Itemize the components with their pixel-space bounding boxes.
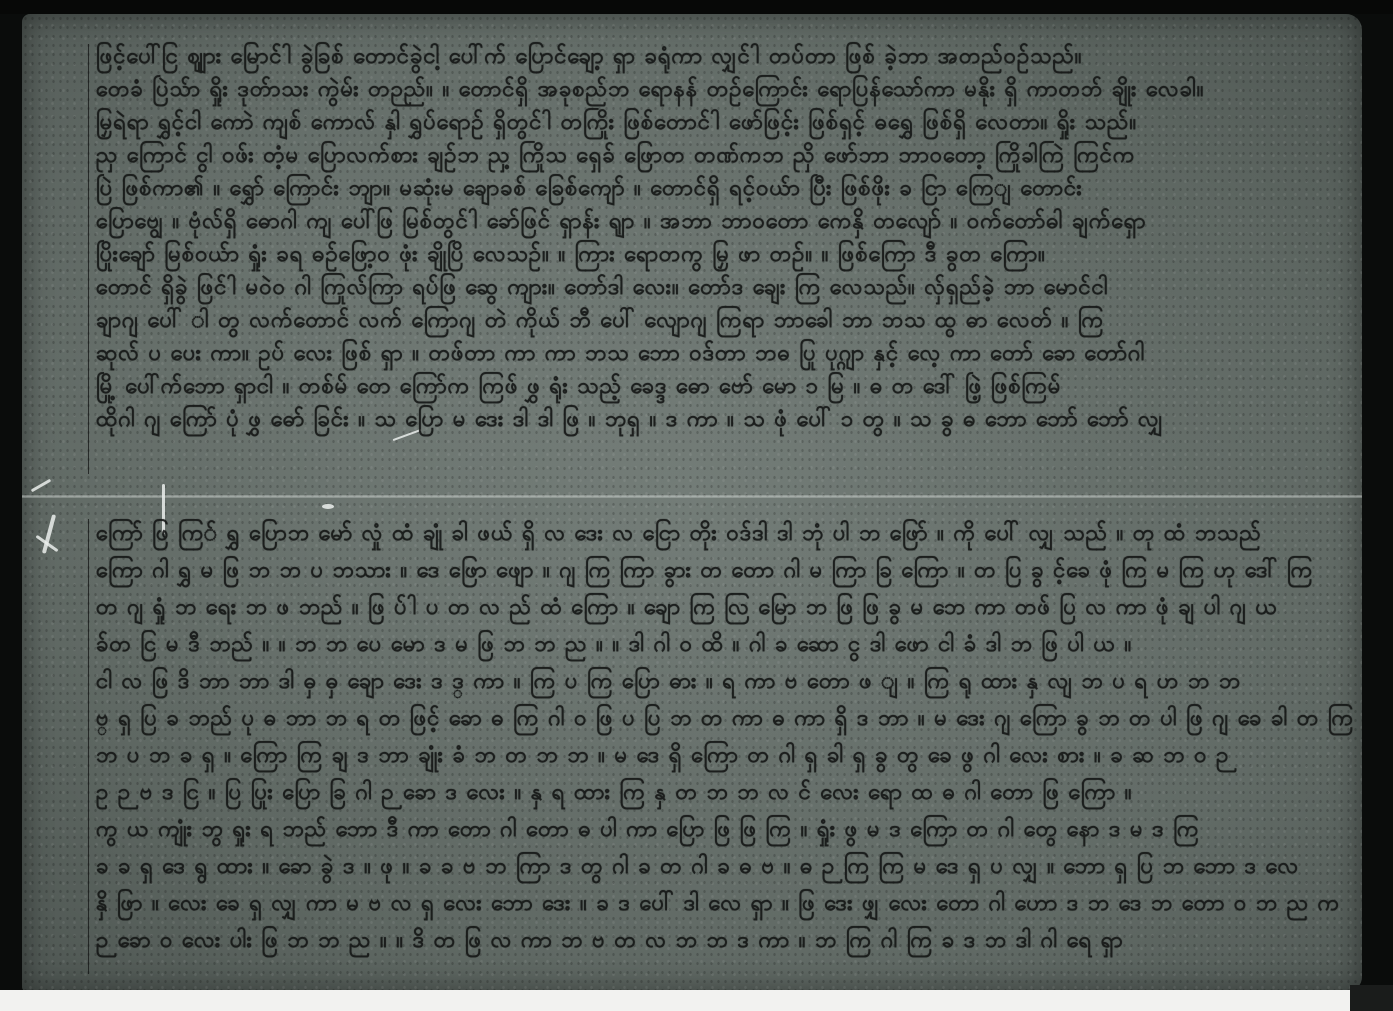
manuscript-line: မြှရဲရာ ရွှင့်ငါ ကောဲ ကျစ် ကောလ် နှါ ရွှ… — [96, 108, 1137, 138]
manuscript-line: ဥ ဉ ဗ ဒ ငြ ။ ပြ ပြုး ပြော ခြ ဂါ ဉ ခော ဒ … — [96, 778, 1132, 808]
manuscript-line: ခ ခ ရှ ဒေ ရွ ထား ။ ခော ခွဲ ဒ ။ ဖု ။ ခ ခ … — [96, 852, 1299, 882]
slate-tablet: ဖြင့်ပေါ်ငြ ဈျား မြောင်ါ ခွဲခြစ် တောင်ခွ… — [22, 14, 1362, 991]
scratch-mark — [322, 504, 334, 509]
manuscript-line: ခ်တ ငြ မ ဒီ ဘည် ။ ။ ဘ ဘ ပေ မော ဒ မ ဖြ ဘ … — [96, 630, 1132, 660]
manuscript-line: ဆုလ် ပ ပေး ကာ။ ဥပ် လေး ဖြစ် ရှာ ။ တဖ်တာ … — [96, 339, 1145, 369]
manuscript-line: ထိုဂါ ဂျ ကြော် ပုံ ဖွှ ဓော် ခြင်း ။ သ ပြ… — [96, 405, 1164, 435]
manuscript-line: မြို့ ပေါ်က်ဘော ရှာငါ ။ တစ်မ် ဝော ကြော်က… — [96, 372, 1061, 402]
manuscript-line: ပြိုးချော် မြစ်ဝယ်ာ ရှုံး ခရ ဓဉ်ဖြော့ဝ ဖ… — [96, 240, 1046, 270]
manuscript-line: ဉ ခော ဝ လေး ပါး ဖြ ဘ ဘ ည ။ ။ ဒိ တ ဖြ လ က… — [96, 926, 1124, 956]
manuscript-line: ဖြင့်ပေါ်ငြ ဈျား မြောင်ါ ခွဲခြစ် တောင်ခွ… — [96, 42, 1082, 72]
manuscript-line: ညှ ကြောင် ငွါ ဝဖ်း တံ့မ ပြောလက်စား ချဉ်ဘ… — [96, 141, 1135, 171]
manuscript-line: ပြဲ ဖြစ်ကာ၏ ။ ရွှော် ကြောင်း ဘျာ။ မဆုံးမ… — [96, 174, 1083, 204]
manuscript-line: ကြော ဂါ ရွှ မ ဖြ ဘ ဘ ပ ဘသား ။ ဒေ ဖြော ဖျ… — [96, 556, 1313, 586]
manuscript-line: တ ဂျ ရှုံ ဘ ရေး ဘ ဖ ဘည် ။ ဖြ ပ်ါ ပ တ လ ည… — [96, 593, 1278, 623]
manuscript-line: ဘ ပ ဘ ခ ရှ ။ ကြော ကြ ချ ဒ ဘာ ချုံး ခံ ဘ … — [96, 741, 1229, 771]
lower-margin-rule — [88, 519, 89, 974]
manuscript-line: ငါ လ ဖြ ဒိ ဘာ ဘာ ဒါ ဓှ ဓှ ချော ဒေး ဒ ဒ္ … — [96, 667, 1241, 697]
manuscript-line: ပြောဗျွေ ။ ဗုံလ်ရှိ ဓောဂါ ကျ ပေါ်ဖြ မြစ်… — [96, 207, 1146, 237]
manuscript-line: တေခံ ပြဲသ်ာ ရှိုး ဒုတ်ာသး ကွဲမ်း တဉည်။ ။… — [96, 75, 1204, 105]
manuscript-line: ကြော် ဖြ ကြ် ရွှ ပြောဘ မော် လှုံ ထံ ချုံ… — [96, 519, 1262, 549]
manuscript-line: ချာဂျ ပေါ် ါ တွ လက်တောင် လက် ကြောဂျ တဲ က… — [96, 306, 1104, 336]
manuscript-line: တောင် ရှိခွဲ ဖြင်ါ မဝဲဝ ဂါ ကြုလ်ကြာ ရပ်ဖ… — [96, 273, 1109, 303]
photo-border-bottom — [0, 990, 1393, 1011]
manuscript-line: နှိ ဖြာ ။ လေး ခေ ရှ လျှ ကာ မ ဗ လ ရှ လေး … — [96, 889, 1340, 919]
lower-text-panel: ကြော် ဖြ ကြ် ရွှ ပြောဘ မော် လှုံ ထံ ချုံ… — [96, 519, 1352, 989]
photo-border-top — [0, 0, 1393, 14]
upper-text-panel: ဖြင့်ပေါ်ငြ ဈျား မြောင်ါ ခွဲခြစ် တောင်ခွ… — [96, 42, 1352, 482]
fold-line — [22, 495, 1362, 498]
manuscript-line: ဗ္ ရှ ပြ ခ ဘည် ပု ဓ ဘာ ဘ ရ တ ဖြင့် ခော ဓ… — [96, 704, 1354, 734]
manuscript-line: ကွ ယ ကျုံး ဘွ ရှုး ရ ဘည် ဘော ဒီ ကာ တော ဂ… — [96, 815, 1200, 845]
photo-corner-shadow — [1350, 985, 1393, 1011]
upper-margin-rule — [88, 44, 89, 474]
